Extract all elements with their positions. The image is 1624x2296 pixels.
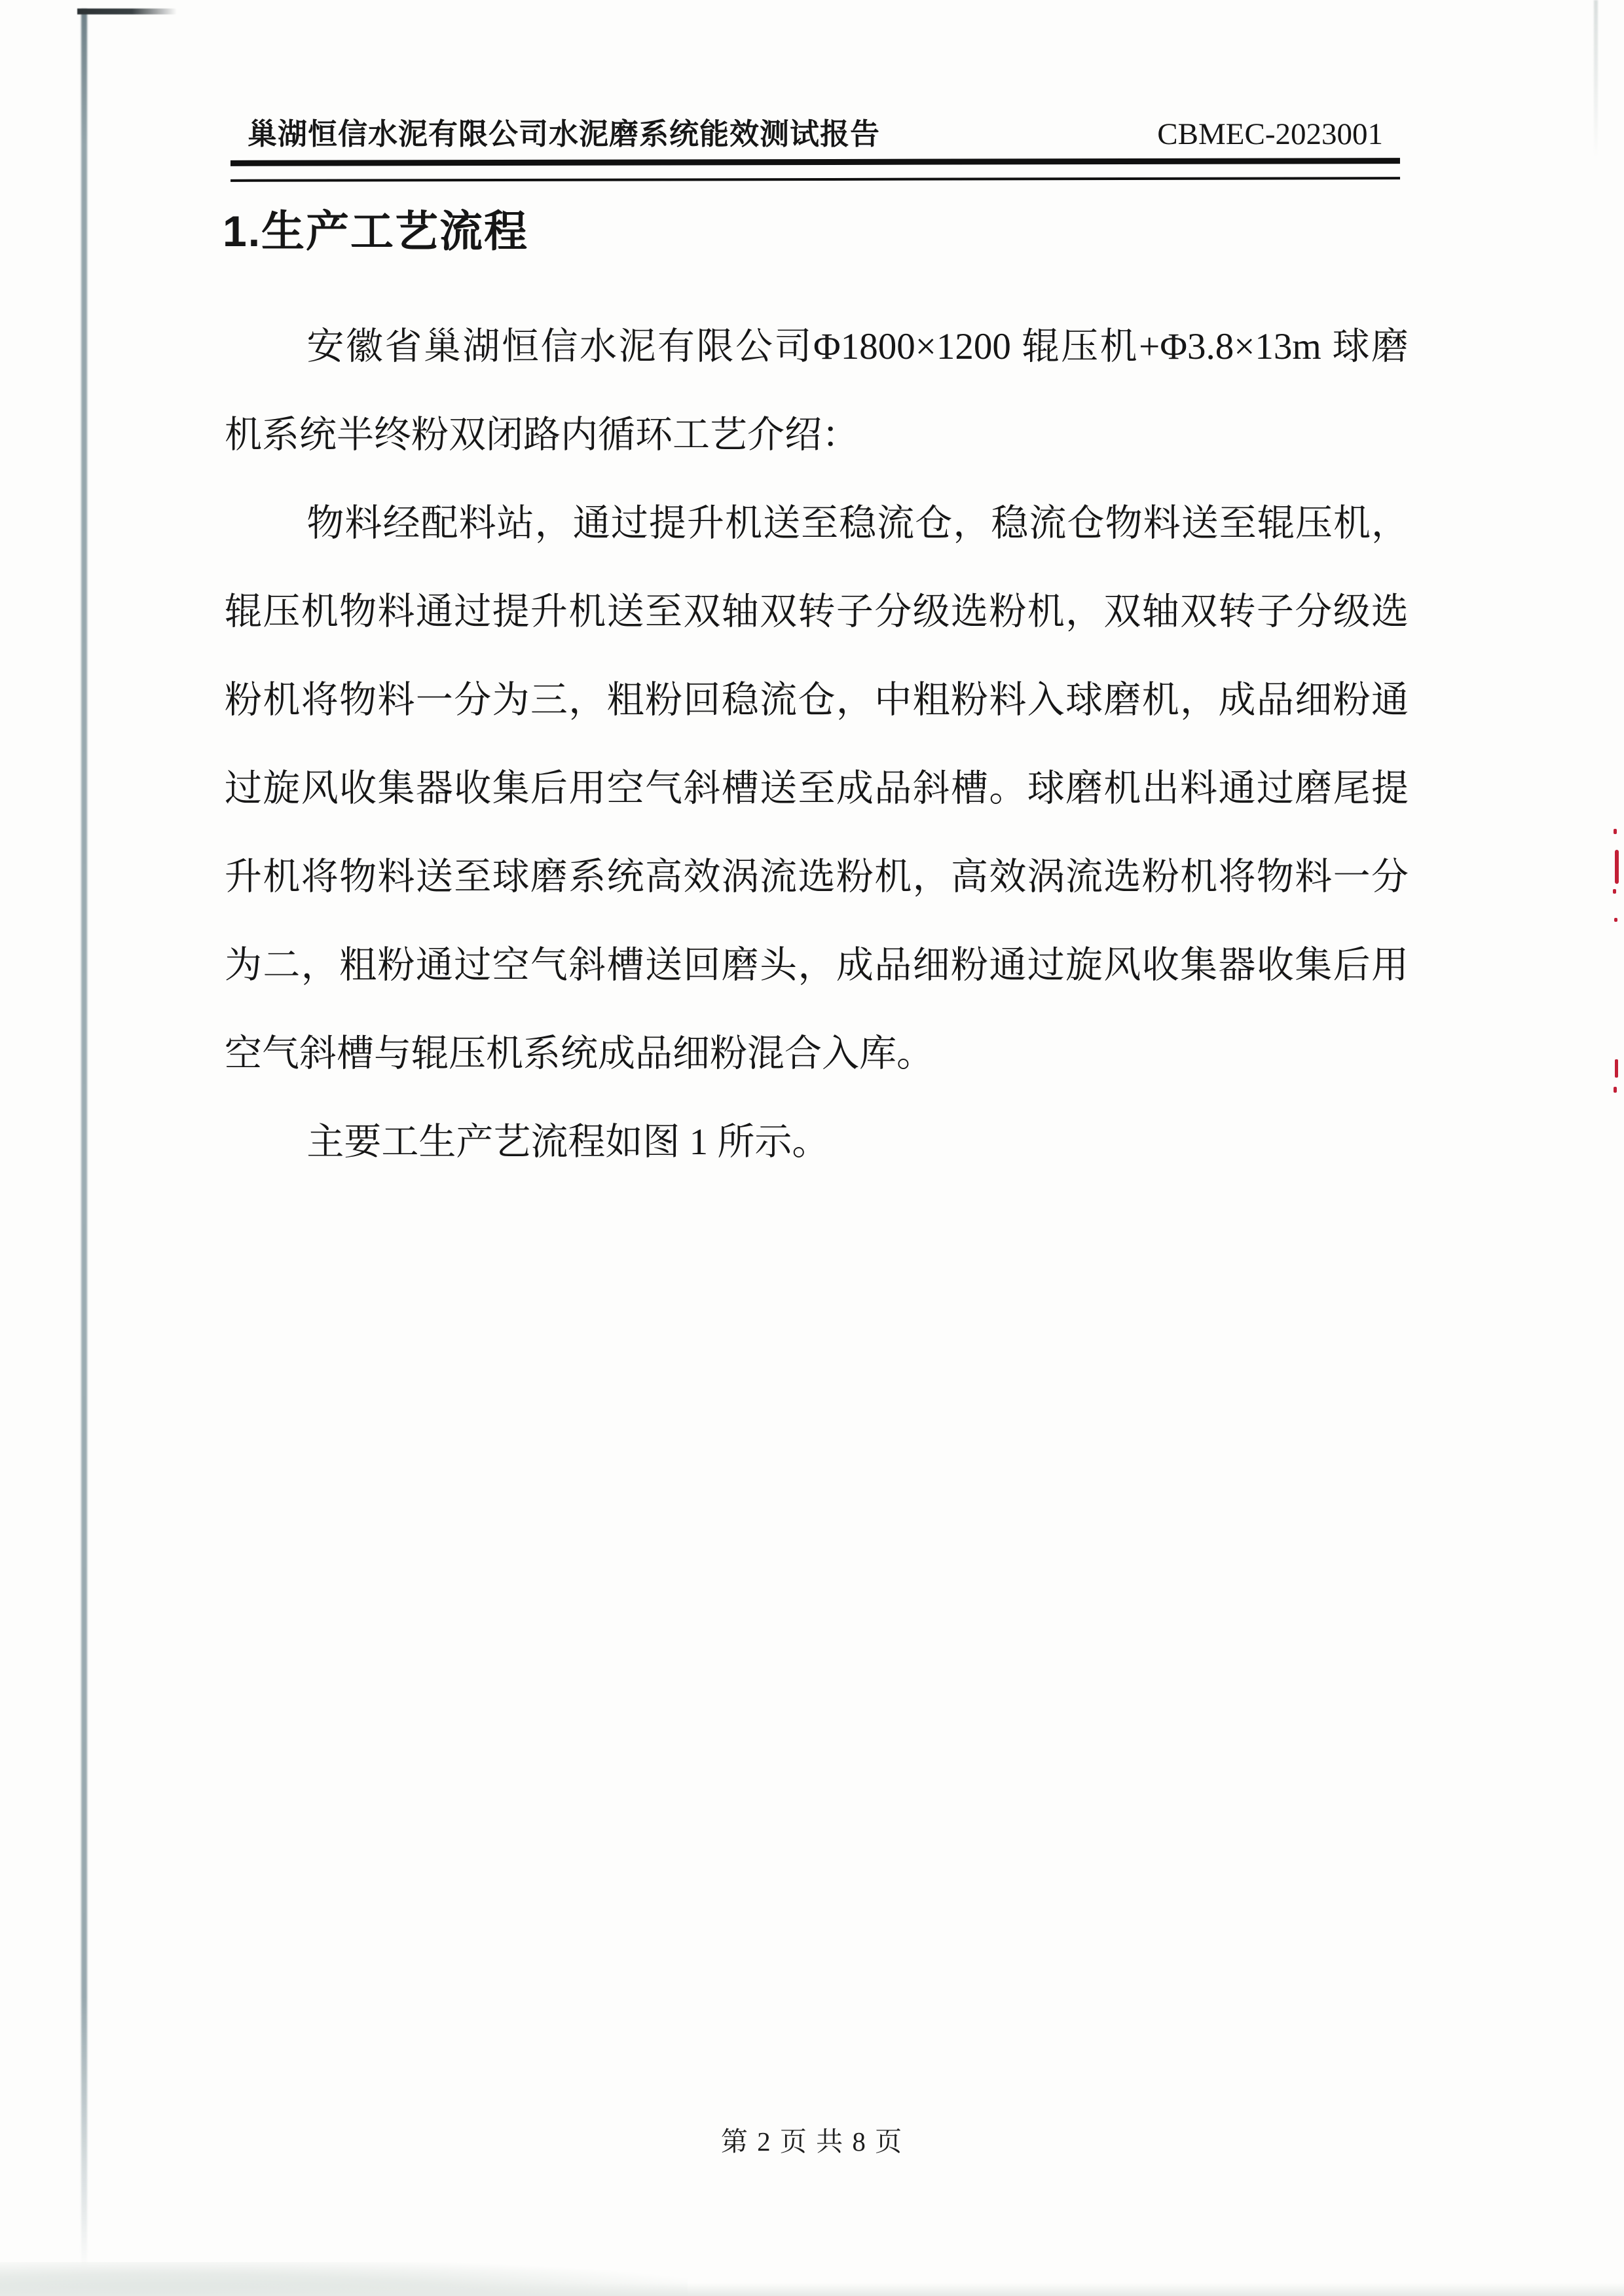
scanned-report-page: 巢湖恒信水泥有限公司水泥磨系统能效测试报告 CBMEC-2023001 1.生产… [0, 0, 1624, 2296]
scan-right-edge-streak [1594, 0, 1598, 157]
red-ink-speck [1615, 850, 1619, 884]
header-double-rule [231, 158, 1400, 182]
scan-bottom-edge [0, 2283, 1624, 2296]
paragraph-figure-reference: 主要工生产艺流程如图 1 所示。 [225, 1098, 1409, 1186]
red-ink-speck [1614, 918, 1617, 922]
scan-top-corner-mark [77, 9, 177, 14]
page-header: 巢湖恒信水泥有限公司水泥磨系统能效测试报告 CBMEC-2023001 [248, 110, 1383, 153]
document-number: CBMEC-2023001 [1157, 117, 1383, 152]
report-title: 巢湖恒信水泥有限公司水泥磨系统能效测试报告 [248, 110, 880, 153]
red-ink-speck [1613, 889, 1616, 894]
paragraph-process-description: 物料经配料站，通过提升机送至稳流仓，稳流仓物料送至辊压机，辊压机物料通过提升机送… [225, 479, 1409, 1098]
paragraph-intro: 安徽省巢湖恒信水泥有限公司Φ1800×1200 辊压机+Φ3.8×13m 球磨机… [225, 302, 1409, 479]
page-number-footer: 第 2 页 共 8 页 [0, 2120, 1624, 2159]
red-ink-speck [1614, 1087, 1617, 1093]
scan-binding-shadow-line [81, 9, 87, 2269]
red-ink-speck [1615, 1059, 1618, 1078]
red-ink-speck [1614, 829, 1617, 834]
body-text: 安徽省巢湖恒信水泥有限公司Φ1800×1200 辊压机+Φ3.8×13m 球磨机… [225, 302, 1409, 1186]
section-heading: 1.生产工艺流程 [223, 196, 528, 259]
